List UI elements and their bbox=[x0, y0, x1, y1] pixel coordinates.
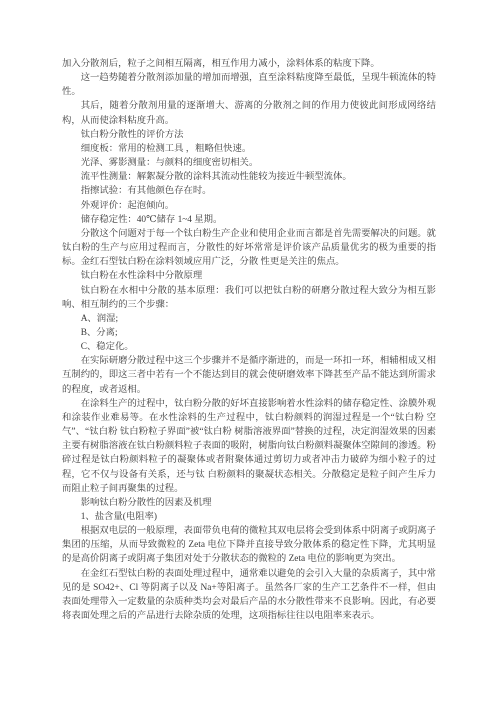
list-item-wetting: A、润湿; bbox=[62, 312, 436, 326]
paragraph-three-steps-relation: 在实际研磨分散过程中这三个步骤并不是循序渐进的，而是一环扣一环，相辅相成又相互制… bbox=[62, 354, 436, 396]
paragraph-trend-increase: 这一趋势随着分散剂添加量的增加而增强，直至涂料粘度降至最低，呈现牛顿流体的特性。 bbox=[62, 71, 436, 99]
paragraph-dispersant-effect: 加入分散剂后，粒子之间相互隔离，相互作用力减小，涂料体系的粘度下降。 bbox=[62, 57, 436, 71]
document-body: 加入分散剂后，粒子之间相互隔离，相互作用力减小，涂料体系的粘度下降。 这一趋势随… bbox=[62, 57, 436, 623]
heading-evaluation-methods: 钛白粉分散性的评价方法 bbox=[62, 128, 436, 142]
item-storage-stability: 储存稳定性：40℃储存 1~4 星期。 bbox=[62, 213, 436, 227]
paragraph-basic-principle: 钛白粉在水相中分散的基本原理：我们可以把钛白粉的研磨分散过程大致分为相互影响、相… bbox=[62, 284, 436, 312]
paragraph-network-structure: 其后，随着分散剂用量的逐渐增大、游离的分散剂之间的作用力使彼此间形成网络结构，从… bbox=[62, 99, 436, 127]
item-rub-test: 指擦试验：有其他颜色存在时。 bbox=[62, 184, 436, 198]
item-fineness-board: 细度板：常用的检测工具 ，粗略但快速。 bbox=[62, 142, 436, 156]
list-item-separation: B、分离; bbox=[62, 326, 436, 340]
list-item-stabilization: C、稳定化。 bbox=[62, 340, 436, 354]
document-page: 加入分散剂后，粒子之间相互隔离，相互作用力减小，涂料体系的粘度下降。 这一趋势随… bbox=[0, 0, 496, 702]
item-appearance-evaluation: 外观评价：起泡倾向。 bbox=[62, 199, 436, 213]
item-leveling-measurement: 流平性测量：解絮凝分散的涂料其流动性能较为接近牛顿型流体。 bbox=[62, 170, 436, 184]
item-gloss-haze-measurement: 光泽、雾影测量：与颜料的细度密切相关。 bbox=[62, 156, 436, 170]
paragraph-coating-production: 在涂料生产的过程中，钛白粉分散的好坏直接影响着水性涂料的储存稳定性、涂膜外观和涂… bbox=[62, 397, 436, 496]
subheading-salt-content: 1、盐含量(电阻率) bbox=[62, 510, 436, 524]
heading-influencing-factors: 影响钛白粉分散性的因素及机理 bbox=[62, 496, 436, 510]
paragraph-surface-treatment-ions: 在金红石型钛白粉的表面处理过程中，通常难以避免的会引入大量的杂质离子，其中常见的… bbox=[62, 567, 436, 624]
heading-dispersion-principle: 钛白粉在水性涂料中分散原理 bbox=[62, 269, 436, 283]
paragraph-double-layer-principle: 根据双电层的一般原理，表面带负电荷的微粒其双电层将会受到体系中阴离子或阴离子集团… bbox=[62, 524, 436, 566]
paragraph-dispersion-importance: 分散这个问题对于每一个钛白粉生产企业和使用企业而言都是首先需要解决的问题。就钛白… bbox=[62, 227, 436, 269]
